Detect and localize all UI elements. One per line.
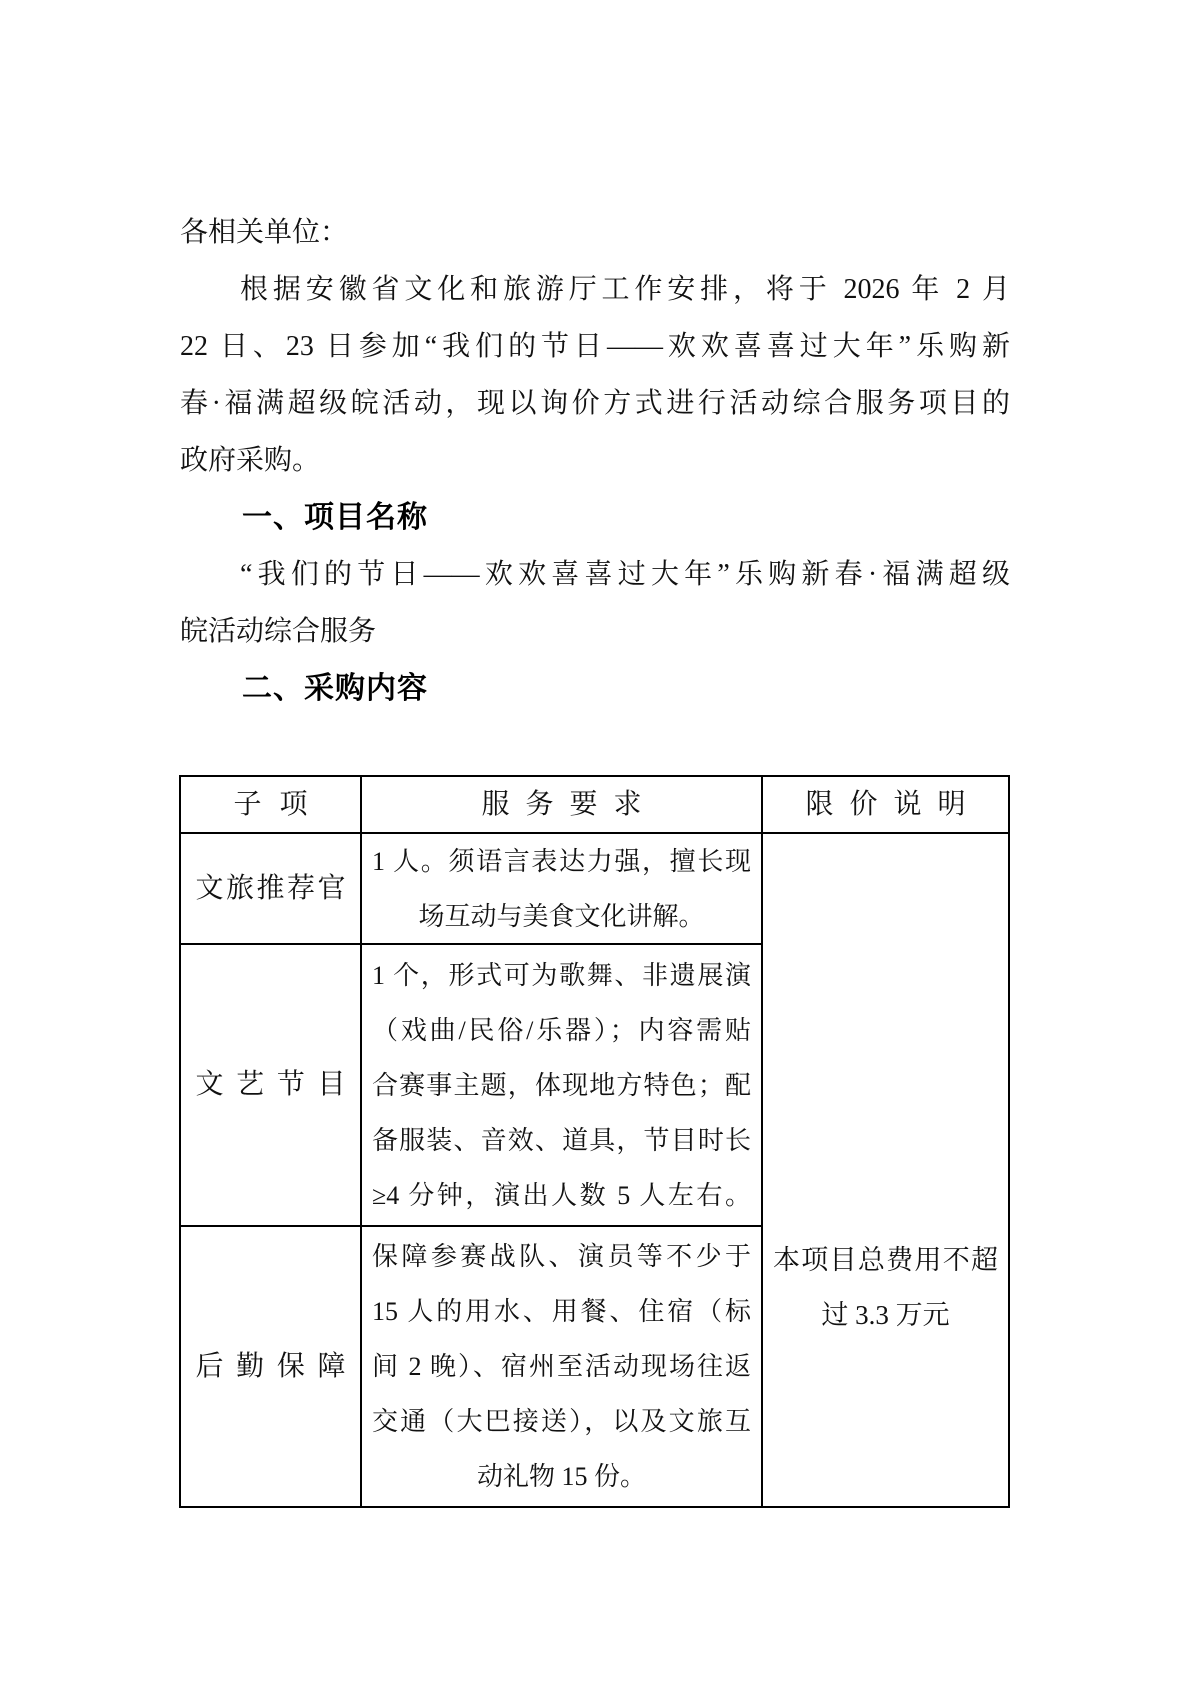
document-body: 各相关单位： 根据安徽省文化和旅游厅工作安排，将于 2026 年 2 月 22 … [180, 204, 1010, 717]
intro-line: 春·福满超级皖活动，现以询价方式进行活动综合服务项目的 [180, 375, 1010, 432]
table-header-subitem: 子项 [181, 777, 362, 834]
table-cell-requirements: 1 人。须语言表达力强，擅长现 场互动与美食文化讲解。 [362, 834, 763, 945]
table-requirement-line: （戏曲/民俗/乐器）；内容需贴 [372, 1003, 751, 1058]
table-requirement-line: 合赛事主题，体现地方特色；配 [372, 1058, 751, 1113]
table-requirement-line: 间 2 晚）、宿州至活动现场往返 [372, 1339, 751, 1394]
table-row-item: 文艺节目 [181, 945, 362, 1227]
document-page: 各相关单位： 根据安徽省文化和旅游厅工作安排，将于 2026 年 2 月 22 … [0, 0, 1190, 1683]
section-heading-procurement-content: 二、采购内容 [180, 660, 1010, 717]
section-heading-project-name: 一、项目名称 [180, 489, 1010, 546]
table-cell-requirements: 1 个，形式可为歌舞、非遗展演 （戏曲/民俗/乐器）；内容需贴 合赛事主题，体现… [362, 945, 763, 1227]
procurement-table-grid: 子项 服务要求 限价说明 文旅推荐官 1 人。须语言表达力强，擅长现 场互动与美… [181, 777, 1008, 1506]
project-name-line: 皖活动综合服务 [180, 603, 1010, 660]
table-requirement-line: 交通（大巴接送），以及文旅互 [372, 1394, 751, 1449]
table-requirement-line: ≥4 分钟，演出人数 5 人左右。 [372, 1168, 751, 1223]
table-header-service-requirements: 服务要求 [362, 777, 763, 834]
procurement-table: 子项 服务要求 限价说明 文旅推荐官 1 人。须语言表达力强，擅长现 场互动与美… [179, 775, 1010, 1508]
salutation: 各相关单位： [180, 204, 1010, 261]
table-requirement-line: 场互动与美食文化讲解。 [372, 889, 751, 944]
intro-line: 22 日、23 日参加“我们的节日——欢欢喜喜过大年”乐购新 [180, 318, 1010, 375]
table-requirement-line: 备服装、音效、道具，节目时长 [372, 1113, 751, 1168]
table-requirement-line: 保障参赛战队、演员等不少于 [372, 1229, 751, 1284]
project-name-line: “我们的节日——欢欢喜喜过大年”乐购新春·福满超级 [180, 546, 1010, 603]
table-requirement-line: 1 个，形式可为歌舞、非遗展演 [372, 948, 751, 1003]
price-note-line: 过 3.3 万元 [773, 1288, 998, 1343]
table-requirement-line: 1 人。须语言表达力强，擅长现 [372, 834, 751, 889]
intro-line: 根据安徽省文化和旅游厅工作安排，将于 2026 年 2 月 [180, 261, 1010, 318]
table-requirement-line: 15 人的用水、用餐、住宿（标 [372, 1284, 751, 1339]
table-requirement-line: 动礼物 15 份。 [372, 1449, 751, 1504]
intro-line: 政府采购。 [180, 432, 1010, 489]
table-cell-requirements: 保障参赛战队、演员等不少于 15 人的用水、用餐、住宿（标 间 2 晚）、宿州至… [362, 1227, 763, 1506]
table-row-item: 后勤保障 [181, 1227, 362, 1506]
table-header-price-limit: 限价说明 [763, 777, 1008, 834]
table-cell-price-note: 本项目总费用不超 过 3.3 万元 [763, 834, 1008, 1506]
price-note-line: 本项目总费用不超 [773, 1233, 998, 1288]
table-row-item: 文旅推荐官 [181, 834, 362, 945]
